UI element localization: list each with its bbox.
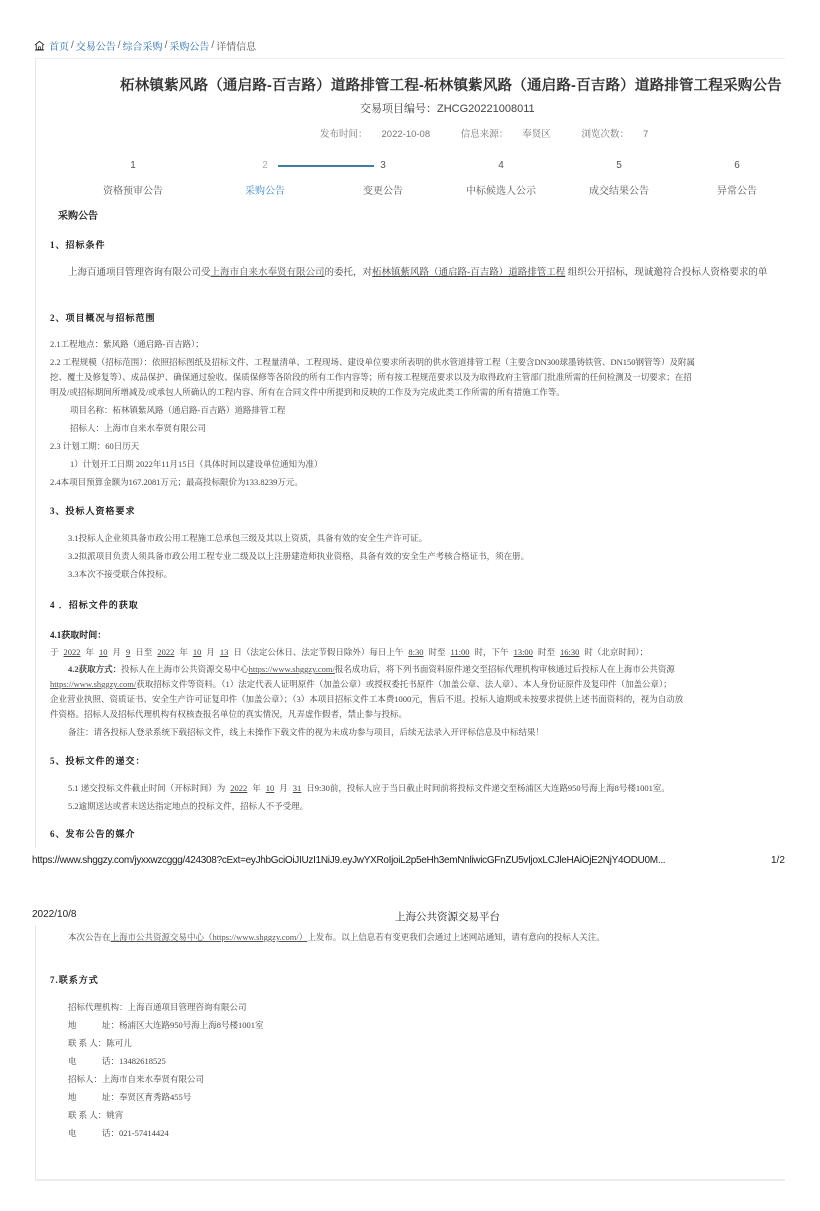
shggzy-link[interactable]: https://www.shggzy.com/ <box>50 679 136 689</box>
s3-line: 3.2拟派项目负责人须具备市政公用工程专业二级及以上注册建造师执业资格，具备有效… <box>68 550 529 562</box>
step-3-change-notice[interactable]: 变更公告 <box>363 182 403 197</box>
publish-date: 发布时间：2022-10-08 <box>320 129 444 140</box>
contact-tenderer-phone: 电 话：021-57414424 <box>68 1127 169 1139</box>
page-title: 柘林镇紫风路（通启路-百吉路）道路排管工程-柘林镇紫风路（通启路-百吉路）道路排… <box>0 74 820 95</box>
s3-line: 3.3本次不接受联合体投标。 <box>68 568 172 580</box>
s4-2-line: 企业营业执照、资质证书、安全生产许可证复印件（加盖公章）；（3）本项目招标文件工… <box>50 693 782 705</box>
breadcrumb-separator: / <box>118 40 121 51</box>
s2-heading: 2、项目概况与招标范围 <box>50 311 156 324</box>
s2-line: 1）计划开工日期 2022年11月15日（具体时间以建设单位通知为准） <box>70 458 323 470</box>
info-source: 信息来源：奉贤区 <box>461 129 565 140</box>
s4-2-line: 4.2获取方式：投标人在上海市公共资源交易中心https://www.shggz… <box>68 663 782 675</box>
step-4-candidate-publicity[interactable]: 中标候选人公示 <box>466 182 536 197</box>
s2-line: 2.4本项目预算金额为167.2081万元；最高投标限价为133.8239万元。 <box>50 476 303 488</box>
shggzy-center-link[interactable]: 上海市公共资源交易中心（https://www.shggzy.com/） <box>111 932 308 942</box>
s1-paragraph: 上海百通项目管理咨询有限公司受上海市自来水奉贤有限公司的委托，对柘林镇紫风路（通… <box>68 264 782 278</box>
s4-1-time: 于2022年10月9日至2022年10月13日（法定公休日、法定节假日除外）每日… <box>50 646 782 658</box>
project-name-link[interactable]: 柘林镇紫风路（通启路-百吉路）道路排管工程 <box>372 267 565 278</box>
s2-line: 2.2 工程规模（招标范围）：依照招标图纸及招标文件、工程量清单、工程现场、建设… <box>50 356 782 368</box>
contact-tenderer-address: 地 址：奉贤区育秀路455号 <box>68 1091 191 1103</box>
print-url: https://www.shggzy.com/jyxxwzcggg/424308… <box>32 855 665 866</box>
home-icon[interactable] <box>34 40 45 51</box>
print-site-title: 上海公共资源交易平台 <box>395 909 500 924</box>
s4-note: 备注：请各投标人登录系统下载招标文件，线上未操作下载文件的视为未成功参与项目，后… <box>68 726 782 738</box>
breadcrumb-separator: / <box>211 40 214 51</box>
shggzy-link[interactable]: https://www.shggzy.com/ <box>249 664 335 674</box>
s2-line: 招标人：上海市自来水奉贤有限公司 <box>70 422 206 434</box>
s5-heading: 5、投标文件的递交： <box>50 754 146 767</box>
s4-2-line: https://www.shggzy.com/获取招标文件等资料。（1）法定代表… <box>50 678 782 690</box>
breadcrumb-separator: / <box>71 40 74 51</box>
breadcrumb-separator: / <box>165 40 168 51</box>
s4-2-line: 件资格。招标人及招标代理机构有权核查报名单位的真实情况，凡弄虚作假者，禁止参与投… <box>50 708 782 720</box>
process-steps: 1 资格预审公告 2 采购公告 3 变更公告 4 中标候选人公示 5 成交结果公… <box>0 160 820 200</box>
breadcrumb-procurement-notices[interactable]: 采购公告 <box>169 38 209 53</box>
step-4-number: 4 <box>498 160 504 171</box>
s2-line: 项目名称：柘林镇紫风路（通启路-百吉路）道路排管工程 <box>70 404 285 416</box>
s5-line: 5.1 递交投标文件截止时间（开标时间）为2022年10月31日9:30前，投标… <box>68 782 782 794</box>
contact-agency-person: 联 系 人：陈可儿 <box>68 1037 132 1049</box>
project-number-label: 交易项目编号： <box>360 103 437 115</box>
step-2-procurement-notice[interactable]: 采购公告 <box>245 182 285 197</box>
content-panel-page2 <box>35 925 785 1181</box>
s1-heading: 1、招标条件 <box>50 238 106 251</box>
section-title: 采购公告 <box>58 207 98 222</box>
breadcrumb: 首页/ 交易公告/ 综合采购/ 采购公告/ 详情信息 <box>34 38 256 53</box>
s2-line: 2.1工程地点：紫风路（通启路-百吉路）； <box>50 338 782 350</box>
step-5-result-notice[interactable]: 成交结果公告 <box>589 182 649 197</box>
s2-line: 2.3 计划工期：60日历天 <box>50 440 139 452</box>
meta-info: 发布时间：2022-10-08 信息来源：奉贤区 浏览次数：7 <box>320 126 676 140</box>
s3-heading: 3、投标人资格要求 <box>50 504 136 517</box>
s6-heading: 6、发布公告的媒介 <box>50 827 136 840</box>
s4-heading: 4 ．招标文件的获取 <box>50 598 139 611</box>
step-6-number: 6 <box>734 160 740 171</box>
step-1-number: 1 <box>130 160 136 171</box>
contact-agency-phone: 电 话：13482618525 <box>68 1055 166 1067</box>
step-1-qualification-prequalification[interactable]: 资格预审公告 <box>103 182 163 197</box>
breadcrumb-home[interactable]: 首页 <box>49 38 69 53</box>
contact-agency: 招标代理机构：上海百通项目管理咨询有限公司 <box>68 1001 247 1013</box>
s4-1-heading: 4.1获取时间： <box>50 628 106 641</box>
breadcrumb-trade-notices[interactable]: 交易公告 <box>76 38 116 53</box>
tenderer-link[interactable]: 上海市自来水奉贤有限公司 <box>211 267 325 278</box>
breadcrumb-comprehensive-procurement[interactable]: 综合采购 <box>123 38 163 53</box>
s2-line: 挖、覆土及修复等）、成品保护、确保通过验收、保质保修等各阶段的所有工作内容等；所… <box>50 371 782 383</box>
s5-line: 5.2逾期送达或者未送达指定地点的投标文件，招标人不予受理。 <box>68 800 308 812</box>
s7-heading: 7.联系方式 <box>50 973 99 986</box>
step-5-number: 5 <box>616 160 622 171</box>
step-progress-line <box>278 165 374 167</box>
print-date: 2022/10/8 <box>32 909 77 920</box>
s3-line: 3.1投标人企业须具备市政公用工程施工总承包三级及其以上资质，具备有效的安全生产… <box>68 532 427 544</box>
project-number-value: ZHCG20221008011 <box>437 103 535 115</box>
project-number: 交易项目编号：ZHCG20221008011 <box>360 100 535 116</box>
contact-agency-address: 地 址：杨浦区大连路950号海上海8号楼1001室 <box>68 1019 264 1031</box>
step-6-abnormal-notice[interactable]: 异常公告 <box>717 182 757 197</box>
step-2-number: 2 <box>262 160 268 171</box>
contact-tenderer: 招标人：上海市自来水奉贤有限公司 <box>68 1073 204 1085</box>
print-page-number: 1/2 <box>771 855 785 866</box>
contact-tenderer-person: 联 系 人：姚宵 <box>68 1109 123 1121</box>
breadcrumb-current: 详情信息 <box>216 38 256 53</box>
s2-line: 明及/或招标期间所增减及/或承包人所确认的工程内容、所有在合同文件中所提到和反映… <box>50 386 782 398</box>
step-3-number: 3 <box>380 160 386 171</box>
s6-paragraph: 本次公告在上海市公共资源交易中心（https://www.shggzy.com/… <box>68 931 782 943</box>
view-count: 浏览次数：7 <box>581 129 662 140</box>
